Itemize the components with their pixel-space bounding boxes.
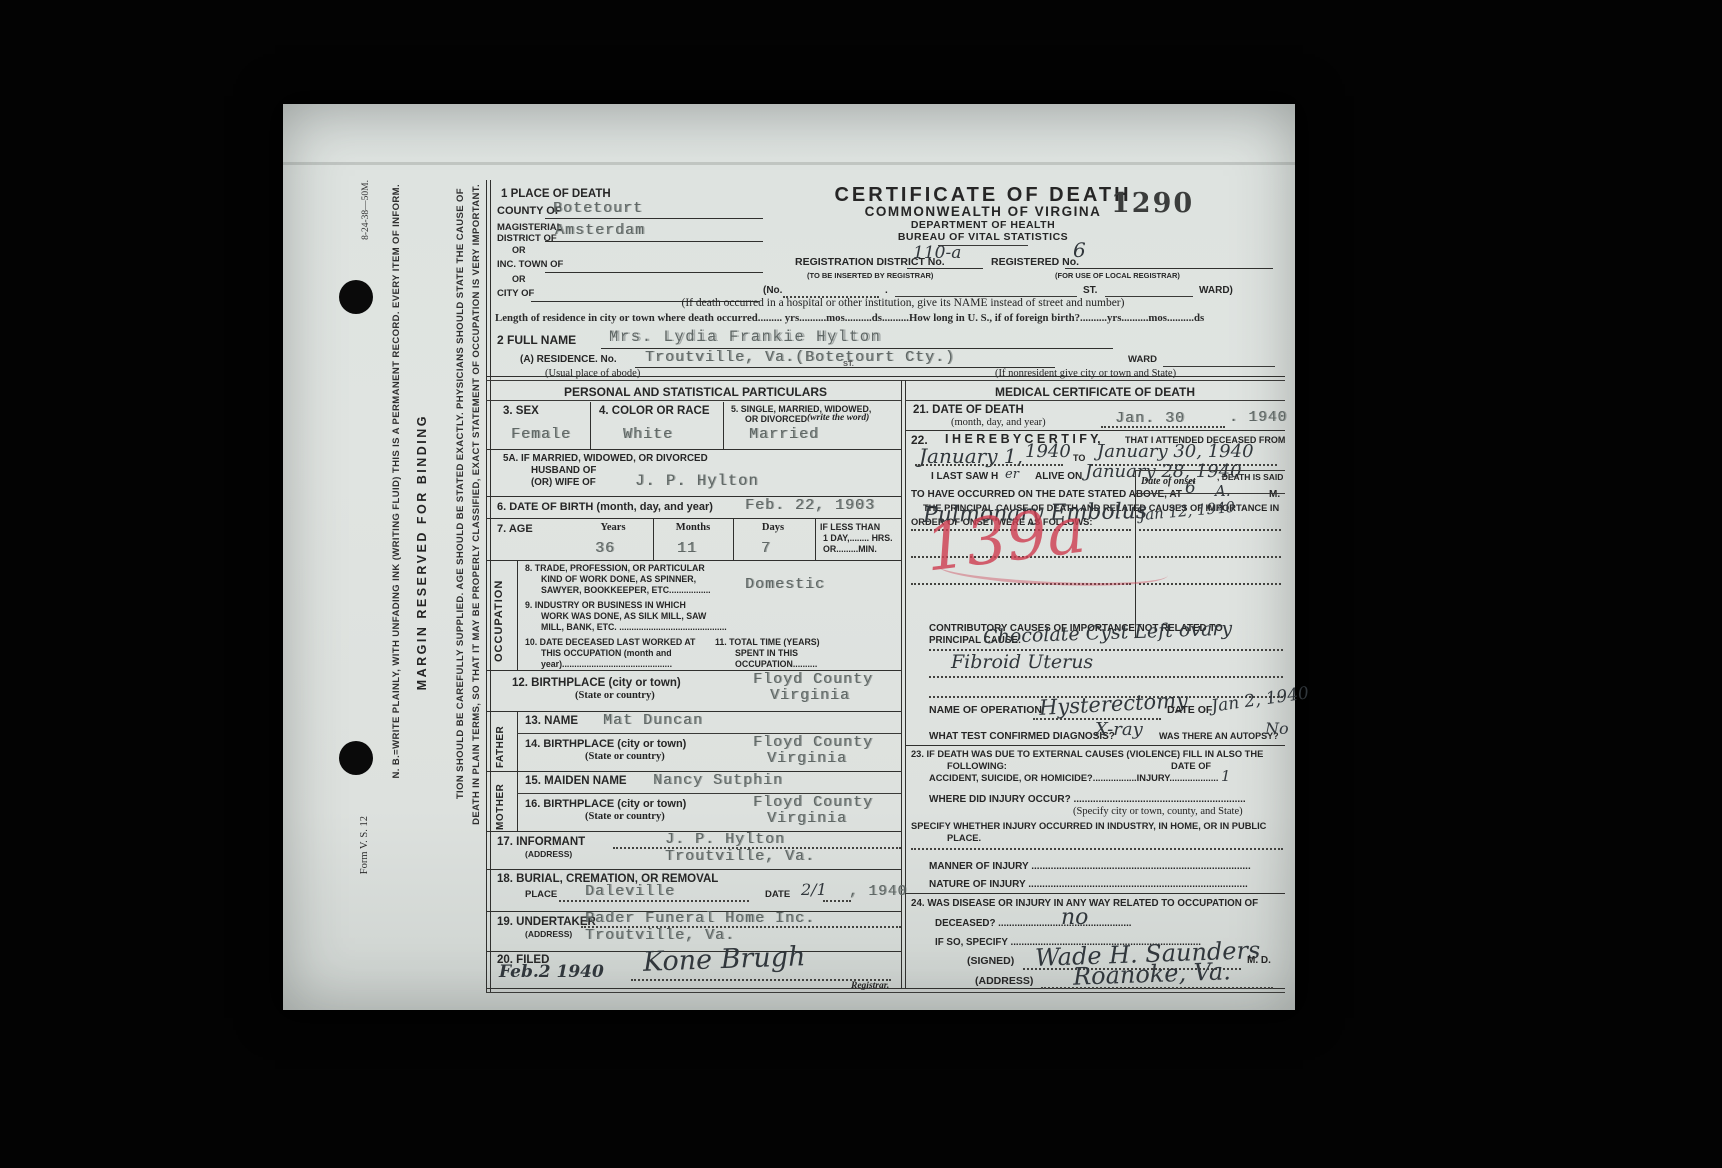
- margin-print-code: 8-24-38—50M.: [361, 180, 371, 240]
- date-of-death-year: . 1940: [1229, 410, 1287, 426]
- burial-date-value: 2/1: [801, 880, 827, 899]
- burial-year-value: , 1940: [849, 884, 907, 900]
- field10-label-1: 10. DATE DECEASED LAST WORKED AT: [525, 637, 695, 647]
- accident-suicide-label: ACCIDENT, SUICIDE, OR HOMICIDE?.........…: [929, 773, 1218, 783]
- mother-side-label: MOTHER: [495, 780, 506, 830]
- residence-label: (A) RESIDENCE. No.: [520, 354, 617, 365]
- field9-label-3: MILL, BANK, ETC. .......................…: [541, 622, 727, 632]
- attended-from-dotline: [915, 464, 1063, 466]
- field11-label-3: OCCUPATION..........: [735, 659, 817, 669]
- onset-box-top-border: [1135, 470, 1285, 471]
- field10-label-2: THIS OCCUPATION (month and: [541, 648, 672, 658]
- occupation-divider: [517, 560, 518, 670]
- operation-date-value: Jan 2, 1940: [1210, 683, 1310, 716]
- registrar-signature: Kone Brugh: [643, 941, 806, 978]
- age-days-header: Days: [733, 522, 813, 533]
- field9-label-2: WORK WAS DONE, AS SILK MILL, SAW: [541, 611, 706, 621]
- undertaker-address-label: (ADDRESS): [525, 929, 572, 939]
- death-certificate-document: 8-24-38—50M. Form V. S. 12 N. B.=WRITE P…: [283, 104, 1295, 1010]
- date-of-birth-value: Feb. 22, 1903: [745, 497, 875, 514]
- contributory-value-2: Fibroid Uterus: [951, 651, 1093, 673]
- filed-date-value: Feb.2 1940: [499, 962, 604, 982]
- local-registrar-note: (FOR USE OF LOCAL REGISTRAR): [1055, 271, 1180, 280]
- field8-label-2: KIND OF WORK DONE, AS SPINNER,: [541, 574, 696, 584]
- nonresident-note: (If nonresident give city or town and St…: [995, 368, 1176, 379]
- onset-header: Date of onset: [1141, 476, 1195, 487]
- right-title-rule: [905, 400, 1285, 401]
- father-birthplace-label: 14. BIRTHPLACE (city or town): [525, 738, 686, 750]
- field23-date-of-label: DATE OF: [1171, 761, 1211, 771]
- spouse-value: J. P. Hylton: [635, 472, 759, 490]
- medical-section-title: MEDICAL CERTIFICATE OF DEATH: [905, 385, 1285, 399]
- operation-label: NAME OF OPERATION: [929, 704, 1042, 716]
- sex-color-divider: [590, 402, 591, 450]
- margin-note-line1: N. B.=WRITE PLAINLY, WITH UNFADING INK (…: [391, 184, 402, 778]
- age-months-value: 11: [677, 540, 697, 557]
- father-name-label: 13. NAME: [525, 715, 578, 727]
- undertaker-value: Rader Funeral Home Inc.: [585, 910, 815, 927]
- black-background: 8-24-38—50M. Form V. S. 12 N. B.=WRITE P…: [0, 0, 1722, 1168]
- address-label: (ADDRESS): [975, 975, 1033, 987]
- death-said-label: , DEATH IS SAID: [1217, 472, 1283, 482]
- test-confirmed-value: X-ray: [1095, 719, 1143, 740]
- field23-label-2: FOLLOWING:: [947, 761, 1007, 771]
- or-label-1: OR: [512, 245, 526, 255]
- residence-ward-label: WARD: [1128, 354, 1157, 365]
- autopsy-label: WAS THERE AN AUTOPSY?: [1159, 731, 1279, 741]
- informant-address-label: (ADDRESS): [525, 849, 572, 859]
- city-label: CITY OF: [497, 288, 534, 299]
- age-label: 7. AGE: [497, 523, 533, 535]
- age-less-label-3: OR.........MIN.: [823, 544, 877, 554]
- onset-box-left-border: [1135, 470, 1136, 638]
- mother-birthplace-label: 16. BIRTHPLACE (city or town): [525, 798, 686, 810]
- age-years-value: 36: [595, 540, 615, 557]
- address-dotline: [1041, 987, 1273, 989]
- mother-maiden-value: Nancy Sutphin: [653, 772, 783, 789]
- contributory-dotline-2: [929, 676, 1283, 678]
- father-birthplace-state: Virginia: [767, 750, 847, 767]
- hole-punch: [339, 280, 373, 314]
- burial-place-value: Daleville: [585, 883, 675, 900]
- age-div-1: [653, 519, 654, 560]
- birthplace-state-value: Virginia: [770, 687, 850, 704]
- burial-date-dotline: [823, 900, 851, 902]
- place-of-death-label: 1 PLACE OF DEATH: [501, 188, 611, 200]
- sex-label: 3. SEX: [503, 405, 539, 417]
- last-saw-pronoun: er: [1005, 467, 1019, 482]
- field23-label-1: 23. IF DEATH WAS DUE TO EXTERNAL CAUSES …: [911, 749, 1263, 759]
- onset-header-rule: [1135, 493, 1285, 494]
- operation-date-label: DATE OF: [1167, 704, 1212, 716]
- field8-label-3: SAWYER, BOOKKEEPER, ETC.................: [541, 585, 711, 595]
- marital-label-2: OR DIVORCED: [745, 414, 807, 424]
- onset-dotline-2: [1139, 556, 1281, 558]
- specify-dotline: [911, 848, 1283, 850]
- attended-to-value: January 30, 1940: [1097, 441, 1254, 462]
- section-rule-b: [486, 380, 1285, 381]
- district-value: Amsterdam: [555, 222, 645, 239]
- age-less-label-1: IF LESS THAN: [820, 522, 880, 532]
- last-saw-label: I LAST SAW H: [931, 471, 998, 482]
- row5-rule: [486, 449, 901, 450]
- nature-rule: [905, 893, 1285, 894]
- autopsy-rule: [905, 745, 1285, 746]
- age-months-header: Months: [653, 522, 733, 533]
- registration-district-line: [907, 268, 983, 269]
- birthplace-sub: (State or country): [575, 690, 655, 701]
- injury-date-mark: 1: [1221, 767, 1231, 785]
- age-years-header: Years: [573, 522, 653, 533]
- specify-injury-label-1: SPECIFY WHETHER INJURY OCCURRED IN INDUS…: [911, 821, 1266, 831]
- form-left-border-inner: [490, 180, 491, 992]
- color-race-label: 4. COLOR OR RACE: [599, 405, 710, 417]
- registered-no-line: [1065, 268, 1273, 269]
- certificate-number-stamp: 1290: [1111, 188, 1194, 219]
- burial-place-dotline: [559, 900, 749, 902]
- to-label: TO: [1073, 453, 1085, 463]
- manner-of-injury-label: MANNER OF INJURY .......................…: [929, 861, 1251, 872]
- field10-label-3: year)...................................…: [541, 659, 672, 669]
- hole-punch: [339, 741, 373, 775]
- residence-underline: [635, 367, 1055, 368]
- m-label: M.: [1269, 489, 1280, 500]
- county-underline: [545, 218, 763, 219]
- undertaker-address-value: Troutville, Va.: [585, 927, 735, 944]
- autopsy-value: No: [1265, 719, 1289, 738]
- inc-town-label: INC. TOWN OF: [497, 259, 563, 270]
- date-of-death-dotline: [1101, 426, 1225, 428]
- field24-deceased-label: DECEASED? ..............................…: [935, 918, 1132, 929]
- mother-birthplace-state: Virginia: [767, 810, 847, 827]
- form-left-border: [486, 180, 487, 992]
- paper-crease: [283, 162, 1295, 165]
- physician-address-value: Roanoke, Va.: [1073, 957, 1232, 990]
- birthplace-value: Floyd County: [753, 671, 873, 688]
- where-injury-sub: (Specify city or town, county, and State…: [1073, 806, 1243, 817]
- row6-rule: [486, 518, 901, 519]
- margin-note-line2: TION SHOULD BE CAREFULLY SUPPLIED. AGE S…: [455, 188, 466, 799]
- street-ward-label: WARD): [1199, 285, 1233, 296]
- registered-no-value: 6: [1073, 238, 1086, 262]
- birthplace-label: 12. BIRTHPLACE (city or town): [512, 677, 681, 689]
- age-div-3: [815, 519, 816, 560]
- registrar-label: Registrar.: [851, 981, 889, 991]
- informant-label: 17. INFORMANT: [497, 836, 585, 848]
- insert-registrar-note: (TO BE INSERTED BY REGISTRAR): [807, 271, 933, 280]
- date-of-death-label: 21. DATE OF DEATH: [913, 404, 1024, 416]
- inc-town-underline: [545, 272, 763, 273]
- registered-no-label: REGISTERED No.: [991, 256, 1079, 268]
- registration-district-value: 110-a: [913, 243, 961, 263]
- county-value: Botetourt: [553, 200, 643, 217]
- field9-label-1: 9. INDUSTRY OR BUSINESS IN WHICH: [525, 600, 686, 610]
- magisterial-label: MAGISTERIAL: [497, 222, 562, 233]
- alive-on-label: ALIVE ON: [1035, 471, 1082, 482]
- date-of-death-sub: (month, day, and year): [951, 417, 1046, 428]
- bureau-line: BUREAU OF VITAL STATISTICS: [763, 231, 1203, 243]
- occupation-value: Domestic: [745, 576, 825, 593]
- county-label: COUNTY OF: [497, 205, 562, 217]
- father-side-label: FATHER: [495, 718, 506, 768]
- sex-value: Female: [511, 426, 571, 443]
- margin-binding-note: MARGIN RESERVED FOR BINDING: [415, 414, 429, 690]
- full-name-label: 2 FULL NAME: [497, 333, 576, 347]
- onset-dotline-1: [1139, 529, 1281, 531]
- father-divider: [517, 711, 518, 772]
- full-name-value: Mrs. Lydia Frankie Hylton: [609, 328, 882, 346]
- father-birthplace-value: Floyd County: [753, 734, 873, 751]
- attended-from-year: 1940: [1025, 441, 1071, 462]
- onset-dotline-3: [1139, 583, 1281, 585]
- burial-date-label: DATE: [765, 889, 790, 900]
- row21-rule: [905, 430, 1285, 431]
- marital-label-3: (write the word): [807, 413, 869, 423]
- residence-value: Troutville, Va.(Botetourt Cty.): [645, 349, 955, 366]
- mother-birthplace-value: Floyd County: [753, 794, 873, 811]
- burial-place-label: PLACE: [525, 889, 557, 900]
- color-race-value: White: [623, 426, 673, 443]
- husband-of-label: HUSBAND OF: [531, 465, 596, 476]
- field11-label-1: 11. TOTAL TIME (YEARS): [715, 637, 820, 647]
- where-injury-label: WHERE DID INJURY OCCUR? ................…: [929, 794, 1246, 805]
- street-no-label: (No.: [763, 285, 782, 296]
- margin-form-code: Form V. S. 12: [359, 816, 370, 874]
- wife-of-label: (OR) WIFE OF: [531, 477, 596, 488]
- specify-injury-label-2: PLACE.: [947, 833, 981, 843]
- row7-rule: [486, 560, 901, 561]
- nature-of-injury-label: NATURE OF INJURY .......................…: [929, 879, 1248, 890]
- age-days-value: 7: [761, 540, 771, 557]
- test-confirmed-label: WHAT TEST CONFIRMED DIAGNOSIS?: [929, 731, 1115, 742]
- margin-note-line3: DEATH IN PLAIN TERMS, SO THAT IT MAY BE …: [471, 184, 482, 825]
- residence-ward-line: [1163, 366, 1275, 367]
- informant-address-value: Troutville, Va.: [665, 848, 815, 865]
- cause-onset-date-value: Jan 12, 1940: [1138, 498, 1235, 524]
- field5a-label: 5A. IF MARRIED, WIDOWED, OR DIVORCED: [503, 453, 708, 464]
- department-line: DEPARTMENT OF HEALTH: [763, 219, 1203, 231]
- informant-value: J. P. Hylton: [665, 831, 785, 848]
- color-marital-divider: [723, 402, 724, 450]
- hospital-note: (If death occurred in a hospital or othe…: [583, 297, 1223, 309]
- district-label: DISTRICT OF: [497, 233, 557, 244]
- father-birthplace-sub: (State or country): [585, 751, 665, 762]
- operation-value: Hysterectomy: [1038, 688, 1188, 720]
- abode-note: (Usual place of abode): [545, 368, 640, 379]
- or-label-2: OR: [512, 274, 526, 284]
- street-dot: .: [885, 285, 888, 296]
- residence-length-line: Length of residence in city or town wher…: [495, 312, 1204, 324]
- mother-divider: [517, 771, 518, 832]
- mother-birthplace-sub: (State or country): [585, 811, 665, 822]
- age-less-label-2: 1 DAY,........ HRS.: [823, 533, 893, 543]
- personal-section-title: PERSONAL AND STATISTICAL PARTICULARS: [490, 385, 901, 399]
- section-rule-a: [486, 376, 1285, 377]
- age-div-2: [733, 519, 734, 560]
- row17-rule: [486, 869, 901, 870]
- field24-value: no: [1061, 905, 1088, 930]
- signed-label: (SIGNED): [967, 955, 1014, 967]
- mother-maiden-label: 15. MAIDEN NAME: [525, 775, 627, 787]
- date-of-birth-label: 6. DATE OF BIRTH (month, day, and year): [497, 501, 713, 513]
- field11-label-2: SPENT IN THIS: [735, 648, 798, 658]
- field8-label-1: 8. TRADE, PROFESSION, OR PARTICULAR: [525, 563, 705, 573]
- left-title-rule: [486, 400, 901, 401]
- form-bottom-rule2: [486, 992, 1285, 993]
- district-underline: [545, 241, 763, 242]
- father-name-value: Mat Duncan: [603, 712, 703, 729]
- marital-value: Married: [749, 426, 819, 443]
- md-label: M. D.: [1247, 955, 1271, 966]
- street-st-label: ST.: [1083, 285, 1097, 296]
- occupation-side-label: OCCUPATION: [493, 572, 505, 662]
- date-of-death-value: Jan. 30: [1115, 410, 1185, 427]
